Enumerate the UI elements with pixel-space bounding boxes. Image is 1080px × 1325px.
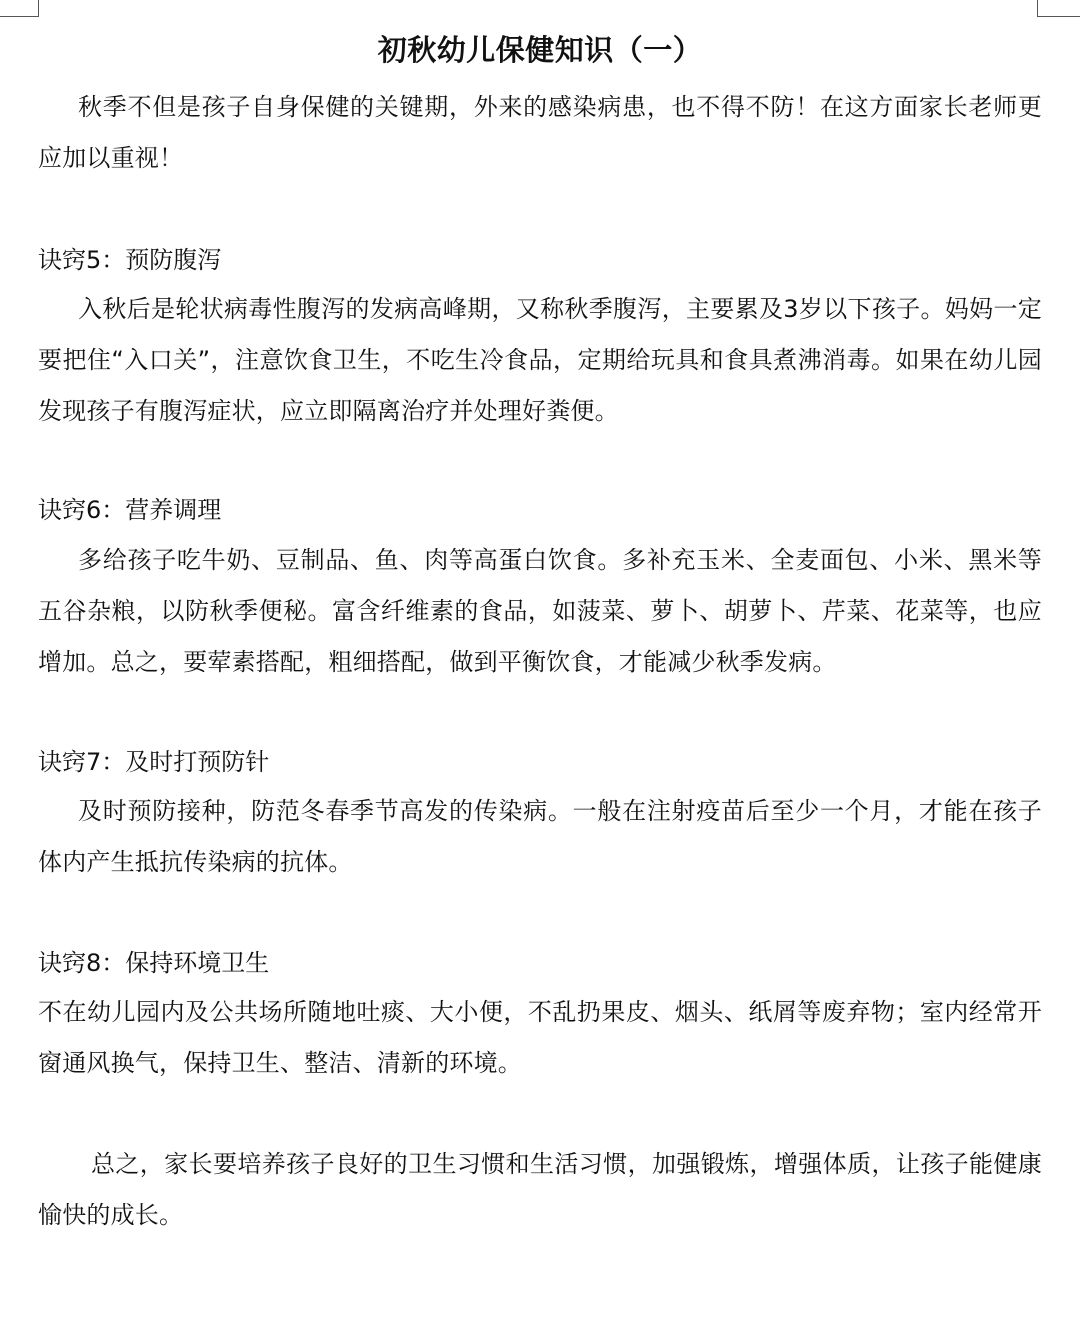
section-body-5: 入秋后是轮状病毒性腹泻的发病高峰期，又称秋季腹泻，主要累及3岁以下孩子。妈妈一定… xyxy=(38,284,1042,437)
conclusion-paragraph: 总之，家长要培养孩子良好的卫生习惯和生活习惯，加强锻炼，增强体质，让孩子能健康愉… xyxy=(38,1139,1042,1241)
page-corner-mark-right xyxy=(1037,0,1080,17)
document-title: 初秋幼儿保健知识（一） xyxy=(38,28,1042,72)
section-body-8: 不在幼儿园内及公共场所随地吐痰、大小便，不乱扔果皮、烟头、纸屑等废弃物；室内经常… xyxy=(38,987,1042,1089)
section-heading-7: 诀窍7：及时打预防针 xyxy=(38,742,269,782)
section-body-6: 多给孩子吃牛奶、豆制品、鱼、肉等高蛋白饮食。多补充玉米、全麦面包、小米、黑米等五… xyxy=(38,535,1042,688)
section-heading-8: 诀窍8：保持环境卫生 xyxy=(38,943,269,983)
intro-paragraph: 秋季不但是孩子自身保健的关键期，外来的感染病患，也不得不防！在这方面家长老师更应… xyxy=(38,82,1042,184)
section-heading-5: 诀窍5：预防腹泻 xyxy=(38,240,221,280)
section-heading-6: 诀窍6：营养调理 xyxy=(38,490,221,530)
section-body-7: 及时预防接种，防范冬春季节高发的传染病。一般在注射疫苗后至少一个月，才能在孩子体… xyxy=(38,786,1042,888)
page-corner-mark-left xyxy=(0,0,39,17)
